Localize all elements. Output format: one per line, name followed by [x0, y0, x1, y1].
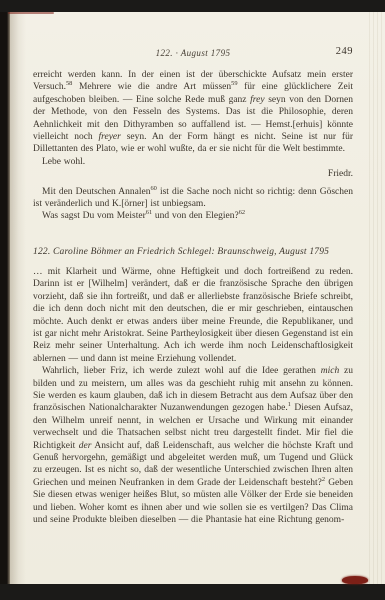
para-signature: Friedr.	[33, 168, 353, 180]
para-annalen: Mit den Deutschen Annalen60 ist die Sach…	[33, 186, 353, 211]
para-was-sagst: Was sagst Du vom Meister61 und von den E…	[33, 210, 353, 222]
para-lebe-wohl: Lebe wohl.	[33, 156, 353, 168]
para-wahrlich: Wahrlich, lieber Friz, ich werde zulezt …	[33, 365, 353, 526]
scan-left-gutter	[0, 0, 10, 600]
running-head-title: 122. · August 1795	[33, 48, 353, 58]
letter-heading: 122. Caroline Böhmer an Friedrich Schleg…	[33, 247, 353, 257]
para-continuation: erreicht werden kann. In der einen ist d…	[33, 69, 353, 156]
text-segment: und von den Elegien?	[152, 211, 239, 221]
letter-text-block: … mit Klarheit und Wärme, ohne Heftigkei…	[33, 266, 353, 527]
page-edge-streaks	[369, 12, 385, 584]
text-segment: Mit den Deutschen Annalen	[42, 187, 150, 197]
text-segment: Friedr.	[328, 169, 353, 179]
page-content: 122. · August 1795 249 erreicht werden k…	[33, 48, 353, 526]
para-letter-opening: … mit Klarheit und Wärme, ohne Heftigkei…	[33, 266, 353, 365]
red-mark-top-left	[8, 12, 54, 14]
book-page: { "document": { "type": "scanned-book-pa…	[0, 0, 385, 600]
gutter-shadow	[10, 12, 26, 584]
red-mark-bottom-right	[342, 576, 368, 584]
text-segment: … mit Klarheit und Wärme, ohne Heftigkei…	[33, 267, 353, 364]
scan-bottom-edge	[0, 584, 385, 600]
running-head: 122. · August 1795 249	[33, 48, 353, 61]
top-text-block: erreicht werden kann. In der einen ist d…	[33, 69, 353, 223]
text-segment: Was sagst Du vom Meister	[42, 211, 146, 221]
scan-top-edge	[0, 0, 385, 12]
text-segment: frey	[250, 95, 264, 105]
text-segment: Wahrlich, lieber Friz, ich werde zulezt …	[42, 366, 321, 376]
text-segment: der	[79, 441, 92, 451]
text-segment: freyer	[99, 132, 121, 142]
page-number: 249	[336, 46, 353, 57]
text-segment: Mehrere wie die andre Art müssen	[72, 82, 231, 92]
text-segment: mich	[321, 366, 339, 376]
text-segment: Lebe wohl.	[42, 157, 85, 167]
footnote-marker: 62	[239, 209, 245, 216]
